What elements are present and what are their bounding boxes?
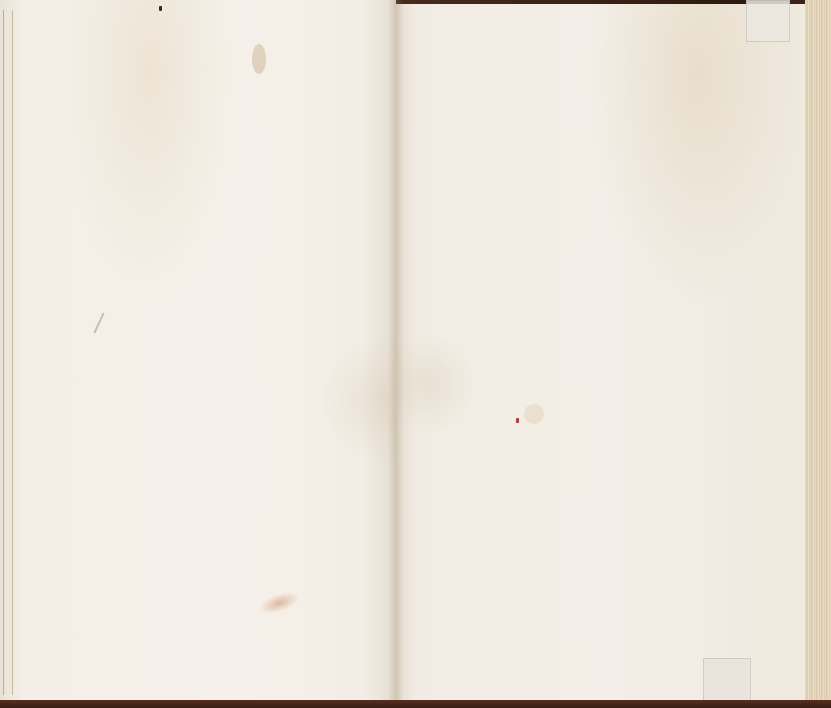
book-cover-bottom xyxy=(0,700,831,708)
paper-tab-top xyxy=(746,0,790,42)
left-page xyxy=(0,0,396,703)
right-page-edges xyxy=(805,0,831,708)
right-page xyxy=(396,4,806,704)
ink-dot xyxy=(159,6,162,11)
open-book-photo xyxy=(0,0,831,708)
left-page-edges xyxy=(3,10,13,695)
red-dot xyxy=(516,418,519,423)
stain-mark xyxy=(252,44,266,74)
book-gutter xyxy=(388,0,404,708)
circle-mark xyxy=(524,404,544,424)
